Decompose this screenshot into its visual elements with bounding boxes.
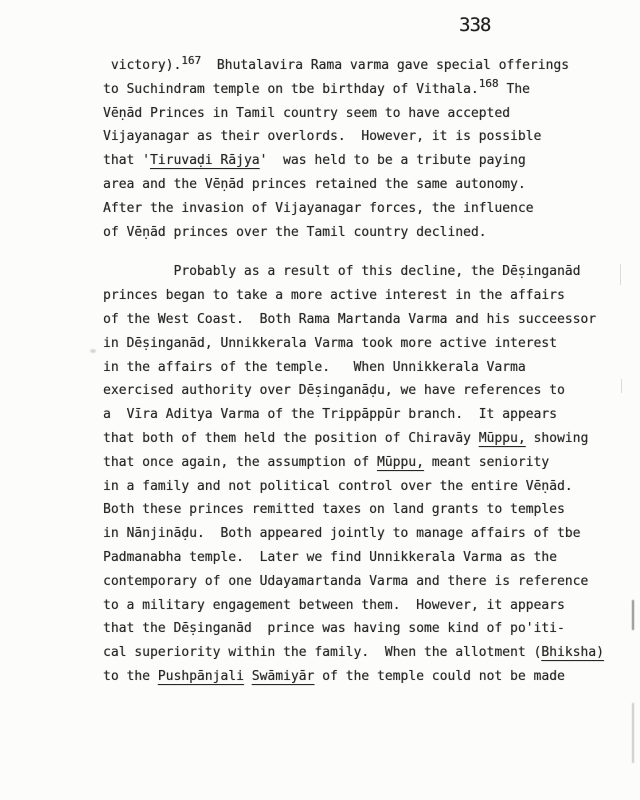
text-line: cal superiority within the family. When …	[103, 641, 623, 665]
text-segment: After the invasion of Vijayanagar forces…	[103, 201, 533, 216]
footnote-reference: 167	[181, 54, 201, 67]
paragraph: Probably as a result of this decline, th…	[103, 260, 623, 688]
text-line: a Vīra Aditya Varma of the Trippāppūr br…	[103, 403, 623, 427]
scan-artifact	[632, 703, 634, 763]
text-line: Padmanabha temple. Later we find Unnikke…	[103, 546, 623, 570]
text-line: of the West Coast. Both Rama Martanda Va…	[103, 308, 623, 332]
text-segment: that the Dēṣinganād prince was having s…	[103, 621, 565, 636]
underlined-term: Mūppu,	[377, 455, 424, 470]
text-line: of Vēṇād princes over the Tamil country…	[103, 221, 623, 245]
text-segment: Probably as a result of this decline, th…	[103, 264, 580, 279]
text-line: exercised authority over Dēṣinganāḍu, …	[103, 379, 623, 403]
text-line: victory).167 Bhutalavira Rama varma gave…	[103, 54, 623, 78]
underlined-term: Mūppu,	[479, 431, 526, 446]
text-line: contemporary of one Udayamartanda Varma …	[103, 570, 623, 594]
text-segment: victory).	[103, 58, 181, 73]
text-segment: ' was held to be a tribute paying	[260, 153, 526, 168]
scan-artifact	[632, 600, 634, 630]
text-segment: a Vīra Aditya Varma of the Trippāppūr br…	[103, 407, 557, 422]
paragraph: victory).167 Bhutalavira Rama varma gave…	[103, 54, 623, 244]
text-segment: in a family and not political control ov…	[103, 479, 573, 494]
text-line: Both these princes remitted taxes on lan…	[103, 498, 623, 522]
scan-artifact	[90, 349, 96, 353]
text-segment: Vēṇād Princes in Tamil country seem to …	[103, 106, 510, 121]
text-segment: Vijayanagar as their overlords. However,…	[103, 129, 541, 144]
text-line: area and the Vēṇād princes retained the…	[103, 173, 623, 197]
text-segment: exercised authority over Dēṣinganāḍu, …	[103, 383, 565, 398]
underlined-term: Swāmiyār	[252, 669, 315, 684]
text-segment: area and the Vēṇād princes retained the…	[103, 177, 526, 192]
body-text: victory).167 Bhutalavira Rama varma gave…	[103, 54, 623, 689]
page-number: 338	[459, 14, 490, 36]
text-segment: Bhutalavira Rama varma gave special offe…	[201, 58, 569, 73]
text-segment: The	[499, 82, 530, 97]
text-line: that both of them held the position of C…	[103, 427, 623, 451]
text-segment: to a military engagement between them. H…	[103, 598, 565, 613]
text-line: princes began to take a more active inte…	[103, 284, 623, 308]
text-line: that 'Tiruvaḍi Rājya' was held to be a …	[103, 149, 623, 173]
text-segment: of the West Coast. Both Rama Martanda Va…	[103, 312, 596, 327]
text-segment: of Vēṇād princes over the Tamil country…	[103, 225, 487, 240]
text-line: Vēṇād Princes in Tamil country seem to …	[103, 102, 623, 126]
text-line: to Suchindram temple on tbe birthday of …	[103, 78, 623, 102]
text-segment: princes began to take a more active inte…	[103, 288, 565, 303]
text-line: in Nānjināḍu. Both appeared jointly to …	[103, 522, 623, 546]
text-line: in Dēṣinganād, Unnikkerala Varma took m…	[103, 332, 623, 356]
text-segment: Padmanabha temple. Later we find Unnikke…	[103, 550, 557, 565]
text-segment: to the	[103, 669, 158, 684]
text-segment: in Nānjināḍu. Both appeared jointly to …	[103, 526, 580, 541]
text-segment: meant seniority	[424, 455, 549, 470]
text-line: in the affairs of the temple. When Unnik…	[103, 356, 623, 380]
scanned-document-page: 338 victory).167 Bhutalavira Rama varma …	[0, 0, 640, 800]
underlined-term: Pushpānjali	[158, 669, 244, 684]
text-segment: Both these princes remitted taxes on lan…	[103, 502, 565, 517]
text-segment: contemporary of one Udayamartanda Varma …	[103, 574, 588, 589]
text-segment	[244, 669, 252, 684]
underlined-term: Tiruvaḍi Rājya	[150, 153, 260, 168]
text-segment: to Suchindram temple on tbe birthday of …	[103, 82, 479, 97]
text-line: After the invasion of Vijayanagar forces…	[103, 197, 623, 221]
text-segment: that '	[103, 153, 150, 168]
text-line: in a family and not political control ov…	[103, 475, 623, 499]
text-line: to a military engagement between them. H…	[103, 594, 623, 618]
text-segment: that both of them held the position of C…	[103, 431, 479, 446]
footnote-reference: 168	[479, 77, 499, 90]
text-segment: in Dēṣinganād, Unnikkerala Varma took m…	[103, 336, 557, 351]
text-line: that the Dēṣinganād prince was having s…	[103, 617, 623, 641]
text-segment: that once again, the assumption of	[103, 455, 377, 470]
text-segment: of the temple could not be made	[314, 669, 564, 684]
text-segment: cal superiority within the family. When …	[103, 645, 541, 660]
text-line: Vijayanagar as their overlords. However,…	[103, 125, 623, 149]
text-segment: in the affairs of the temple. When Unnik…	[103, 360, 526, 375]
underlined-term: Bhiksha)	[541, 645, 604, 660]
text-line: that once again, the assumption of Mūppu…	[103, 451, 623, 475]
text-line: to the Pushpānjali Swāmiyār of the templ…	[103, 665, 623, 689]
text-segment: showing	[526, 431, 589, 446]
text-line: Probably as a result of this decline, th…	[103, 260, 623, 284]
